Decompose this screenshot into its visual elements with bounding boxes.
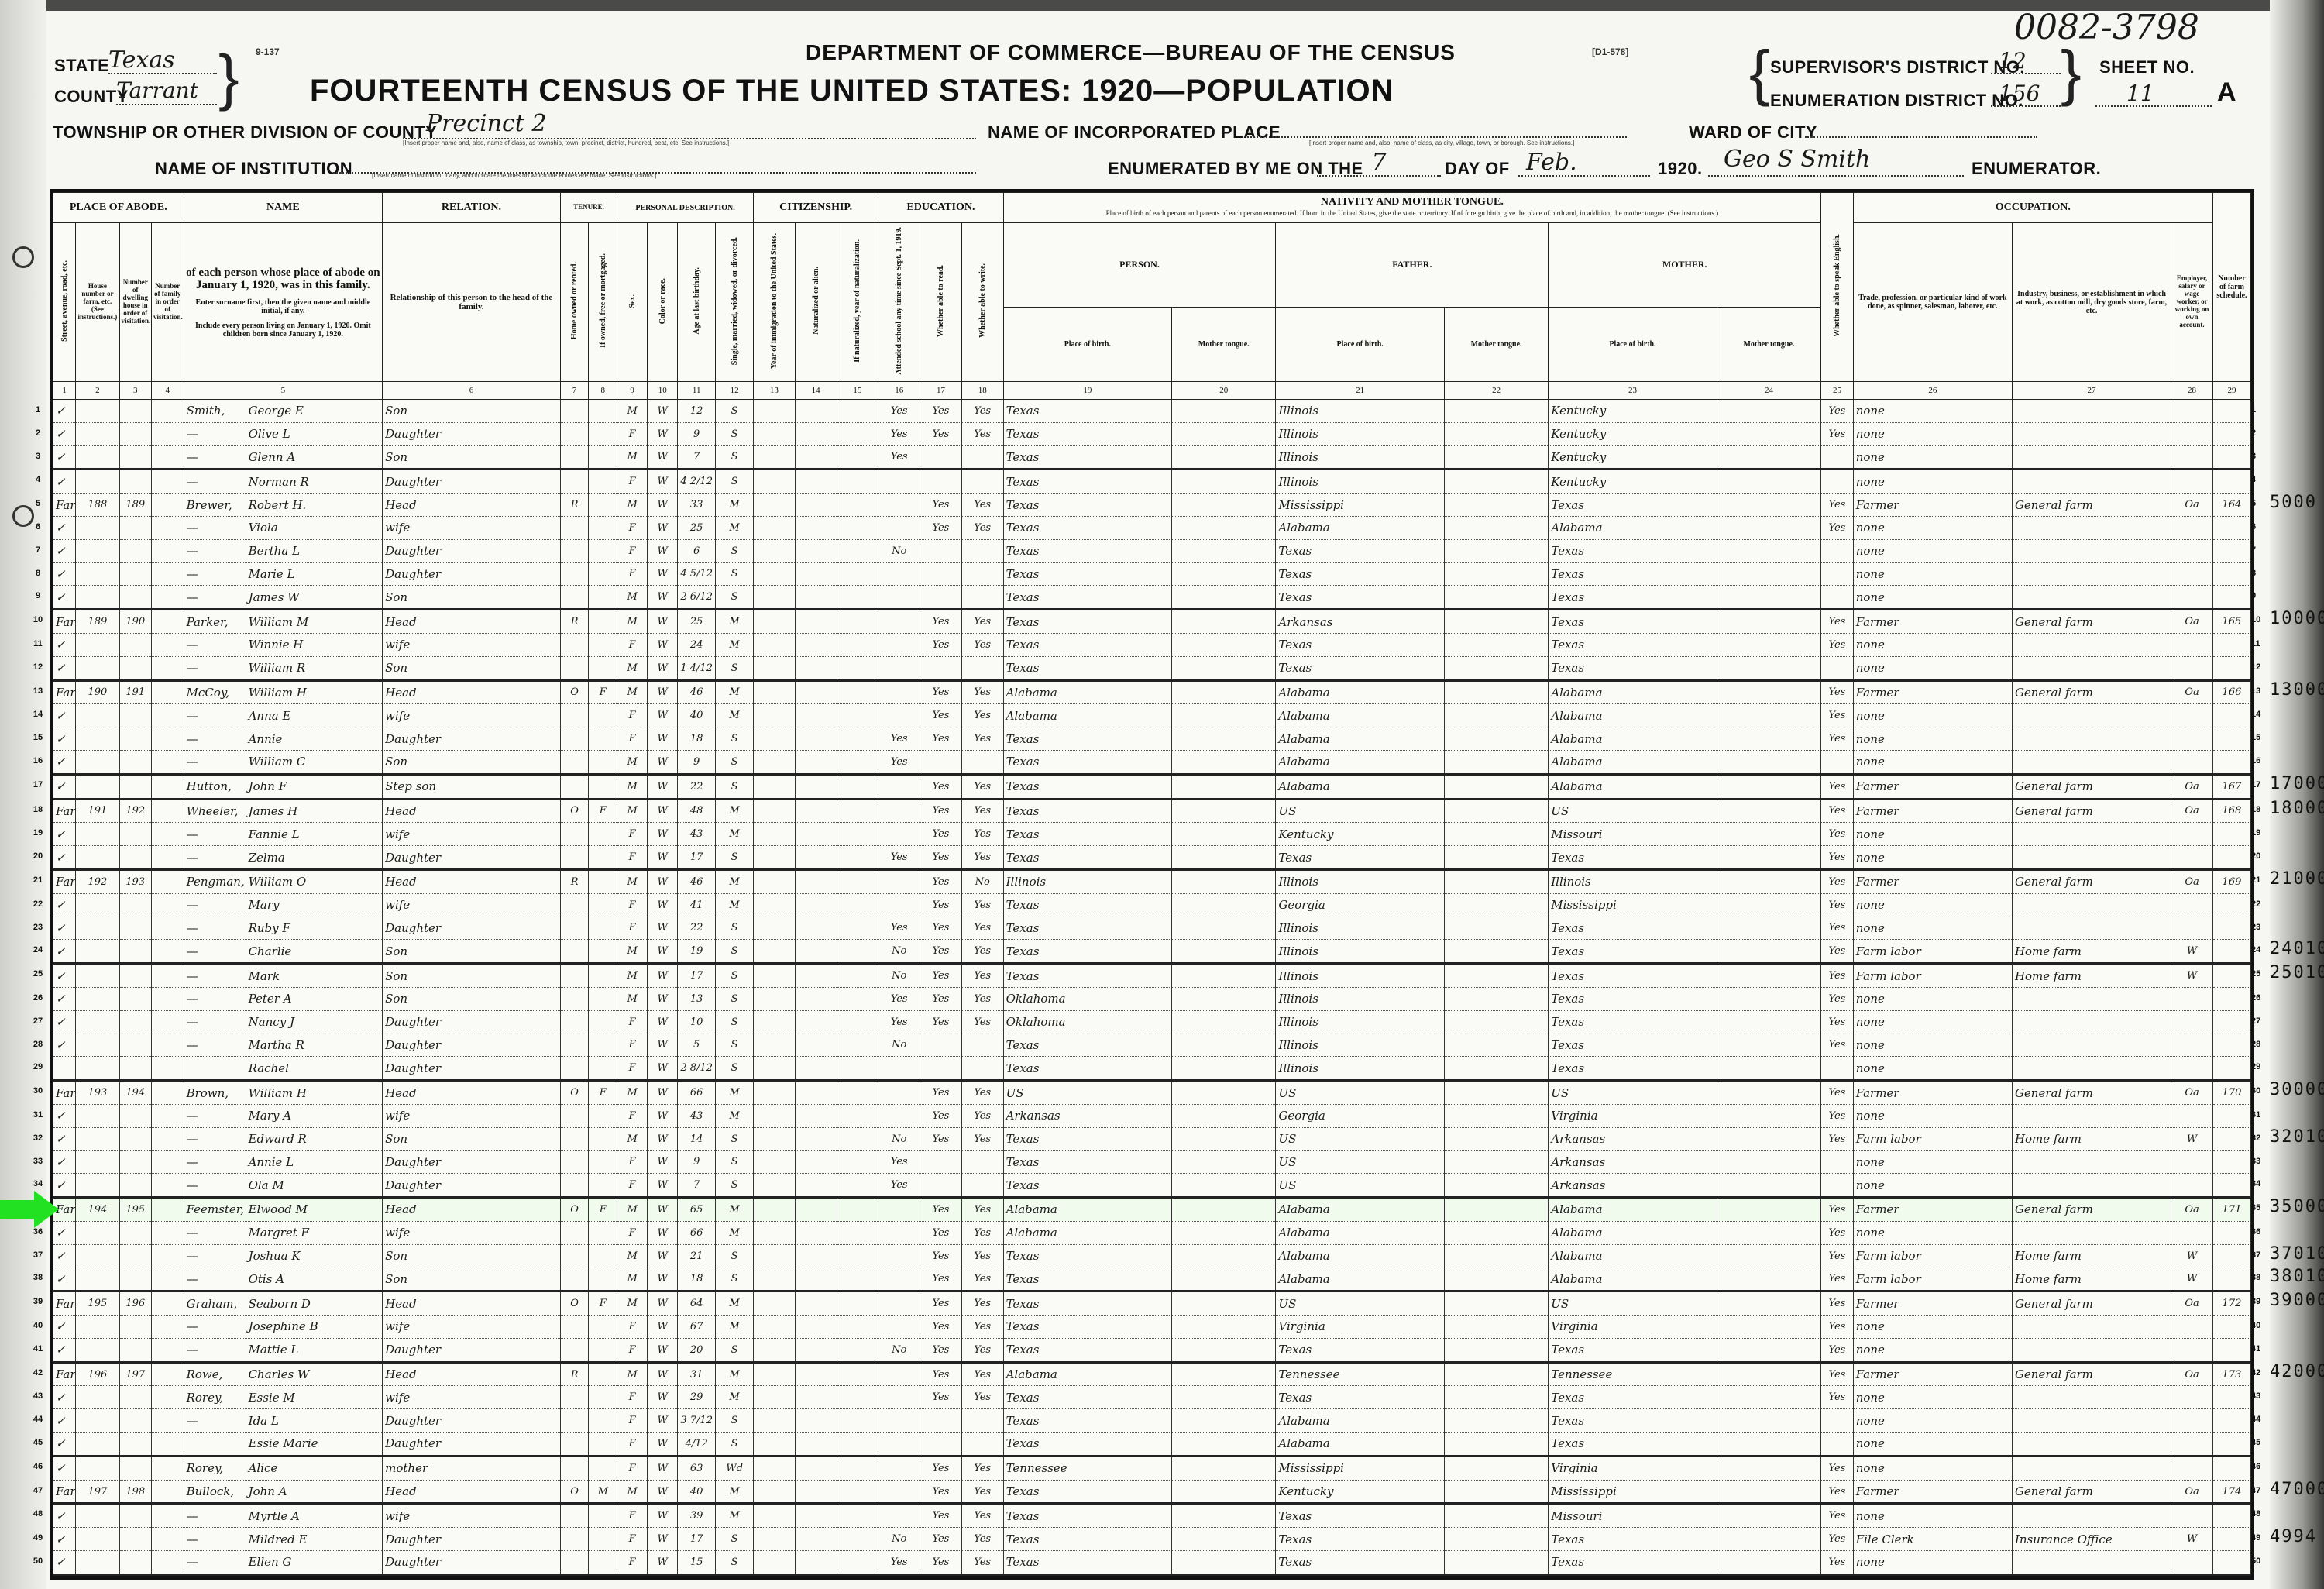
cell-dwelling [119,1528,152,1551]
cell-tongue [1172,1409,1276,1433]
line-number: 8 [2251,569,2268,578]
cell-dwelling [119,562,152,586]
cell-family [152,1338,184,1362]
cell-write: Yes [961,1316,1003,1339]
group-header-personal: PERSONAL DESCRIPTION. [617,193,754,223]
nativity-title: NATIVITY AND MOTHER TONGUE. [1006,196,1820,208]
cell-emp: Oa [2171,1480,2213,1504]
cell-age: 40 [678,704,716,727]
cell-write: Yes [961,1291,1003,1316]
cell-m-tongue [1717,940,1820,964]
cell-read: Yes [920,1528,962,1551]
census-row: ✓—Martha RDaughterFW5SNoTexasIllinoisTex… [53,1034,2251,1057]
line-number: 1 [2251,405,2268,414]
cell-trade: none [1853,422,2012,445]
cell-write: Yes [961,917,1003,940]
cell-owned [560,1174,589,1198]
cell-farm [2212,1127,2250,1150]
cell-age: 18 [678,1267,716,1291]
cell-house [76,1456,119,1480]
cell-emp [2171,445,2213,469]
cell-tongue [1172,633,1276,656]
cell-tongue [1172,1338,1276,1362]
cell-nat [795,562,837,586]
cell-street: ✓ [53,1504,76,1528]
cell-tongue [1172,1456,1276,1480]
cell-name: —Martha R [184,1034,383,1057]
cell-sex: M [617,869,648,893]
column-number: 5 [184,382,383,400]
cell-sex: F [617,1150,648,1174]
cell-owned [560,1010,589,1034]
cell-mortgage [589,539,617,562]
cell-surname: — [187,1109,249,1123]
cell-m-tongue [1717,1528,1820,1551]
cell-industry [2012,469,2171,494]
cell-street: ✓ [53,656,76,680]
cell-school: Yes [878,400,920,423]
cell-imm [754,846,796,870]
cell-trade: Farmer [1853,1198,2012,1222]
cell-relation: wife [383,1316,561,1339]
margin-code: 24010 [2270,939,2324,958]
line-number: 4 [2251,475,2268,484]
column-number: 28 [2171,382,2213,400]
cell-nat [795,727,837,751]
column-number: 1 [53,382,76,400]
line-number: 33 [31,1157,45,1166]
cell-marital: M [716,1480,754,1504]
enumerator-label: ENUMERATOR. [1972,159,2101,179]
cell-emp [2171,1456,2213,1480]
cell-english [1821,656,1854,680]
cell-farm: 166 [2212,680,2250,704]
cell-english: Yes [1821,516,1854,539]
census-row: ✓Smith,George ESonMW12SYesYesYesTexasIll… [53,400,2251,423]
cell-m-birth: Texas [1549,656,1717,680]
enumeration-district-value: 156 [1991,81,2040,106]
cell-birth: Texas [1003,1433,1171,1457]
cell-m-tongue [1717,1480,1820,1504]
cell-natyr [837,562,878,586]
cell-emp [2171,400,2213,423]
cell-school [878,469,920,494]
cell-m-birth: Missouri [1549,823,1717,846]
cell-tongue [1172,400,1276,423]
cell-f-tongue [1444,1198,1548,1222]
cell-nat [795,869,837,893]
cell-race: W [648,823,678,846]
cell-given-name: James H [249,804,298,818]
cell-m-birth: Texas [1549,1057,1717,1081]
cell-read: Yes [920,1244,962,1267]
cell-birth: Texas [1003,799,1171,823]
cell-write: Yes [961,704,1003,727]
cell-marital: M [716,1104,754,1127]
line-number: 14 [2251,710,2268,719]
cell-school [878,1057,920,1081]
cell-mortgage [589,422,617,445]
cell-emp [2171,1386,2213,1409]
cell-surname: Feemster, [187,1202,249,1216]
cell-mortgage [589,469,617,494]
census-rows: ✓Smith,George ESonMW12SYesYesYesTexasIll… [53,400,2251,1575]
cell-name: —Mattie L [184,1338,383,1362]
cell-mortgage [589,987,617,1010]
cell-natyr [837,1362,878,1386]
cell-industry [2012,1338,2171,1362]
cell-nat [795,1010,837,1034]
cell-race: W [648,846,678,870]
cell-nat [795,656,837,680]
cell-read: Yes [920,1338,962,1362]
cell-name: —Fannie L [184,823,383,846]
cell-imm [754,1480,796,1504]
margin-code: 4994 [2270,1527,2317,1546]
cell-f-tongue [1444,1338,1548,1362]
cell-owned [560,400,589,423]
cell-imm [754,1504,796,1528]
cell-family [152,1127,184,1150]
cell-race: W [648,1433,678,1457]
cell-farm [2212,846,2250,870]
cell-given-name: Myrtle A [249,1509,300,1523]
cell-industry [2012,586,2171,610]
cell-english: Yes [1821,422,1854,445]
column-number: 20 [1172,382,1276,400]
cell-birth: Texas [1003,774,1171,799]
cell-dwelling [119,1127,152,1150]
line-number: 18 [31,805,45,814]
line-number: 19 [31,828,45,837]
cell-birth: Texas [1003,1244,1171,1267]
cell-trade: none [1853,727,2012,751]
cell-street: Farm [53,1291,76,1316]
cell-m-birth: Texas [1549,610,1717,634]
cell-farm: 167 [2212,774,2250,799]
cell-sex: F [617,633,648,656]
cell-street: ✓ [53,987,76,1010]
cell-street: ✓ [53,539,76,562]
cell-industry [2012,917,2171,940]
cell-birth: Illinois [1003,869,1171,893]
cell-industry [2012,727,2171,751]
header-c12: Single, married, widowed, or divorced. [716,223,754,382]
cell-farm [2212,987,2250,1010]
cell-owned [560,1221,589,1244]
cell-given-name: Nancy J [249,1015,294,1029]
cell-read [920,1150,962,1174]
cell-birth: Texas [1003,1174,1171,1198]
cell-emp [2171,1150,2213,1174]
cell-mortgage [589,1010,617,1034]
line-number: 6 [2251,522,2268,531]
cell-race: W [648,1174,678,1198]
cell-farm [2212,1338,2250,1362]
cell-birth: Texas [1003,1551,1171,1575]
census-row: ✓—Marie LDaughterFW4 5/12STexasTexasTexa… [53,562,2251,586]
column-number: 8 [589,382,617,400]
cell-school: No [878,1338,920,1362]
cell-surname: Wheeler, [187,804,249,818]
line-number: 31 [2251,1110,2268,1120]
cell-house: 197 [76,1480,119,1504]
cell-surname: McCoy, [187,686,249,700]
cell-imm [754,987,796,1010]
cell-given-name: John F [249,779,287,793]
cell-race: W [648,516,678,539]
cell-emp: W [2171,964,2213,988]
cell-marital: M [716,680,754,704]
cell-dwelling [119,964,152,988]
cell-nat [795,1081,837,1105]
cell-given-name: Rachel [249,1061,289,1075]
cell-f-tongue [1444,1174,1548,1198]
cell-imm [754,940,796,964]
cell-english: Yes [1821,1291,1854,1316]
cell-industry [2012,823,2171,846]
cell-school [878,586,920,610]
cell-mortgage [589,704,617,727]
cell-tongue [1172,1174,1276,1198]
cell-birth: Texas [1003,1480,1171,1504]
cell-given-name: Annie [249,732,283,746]
census-row: ✓—Ida LDaughterFW3 7/12STexasAlabamaTexa… [53,1409,2251,1433]
institution-label: NAME OF INSTITUTION [155,159,352,179]
cell-trade: Farmer [1853,610,2012,634]
cell-tongue [1172,893,1276,917]
cell-natyr [837,1127,878,1150]
line-number: 42 [31,1368,45,1377]
cell-sex: F [617,727,648,751]
cell-natyr [837,680,878,704]
cell-sex: M [617,1081,648,1105]
cell-natyr [837,964,878,988]
cell-owned [560,1316,589,1339]
cell-tongue [1172,750,1276,774]
header-c27: Industry, business, or establishment in … [2012,223,2171,382]
cell-imm [754,680,796,704]
cell-owned: O [560,1480,589,1504]
state-value: Texas [108,46,175,74]
cell-natyr [837,586,878,610]
cell-age: 1 4/12 [678,656,716,680]
line-number: 20 [2251,851,2268,861]
cell-imm [754,1010,796,1034]
cell-nat [795,1551,837,1575]
cell-m-birth: Alabama [1549,1198,1717,1222]
cell-owned [560,562,589,586]
cell-house [76,917,119,940]
cell-mortgage [589,1338,617,1362]
cell-read: Yes [920,1267,962,1291]
cell-f-birth: Texas [1276,586,1444,610]
cell-birth: Texas [1003,1150,1171,1174]
census-sheet: 9-137 DEPARTMENT OF COMMERCE—BUREAU OF T… [0,0,2324,1589]
cell-sex: F [617,823,648,846]
group-header-tenure: TENURE. [560,193,617,223]
cell-imm [754,400,796,423]
cell-school [878,494,920,517]
cell-race: W [648,1057,678,1081]
cell-marital: M [716,633,754,656]
cell-marital: S [716,1338,754,1362]
cell-race: W [648,1504,678,1528]
cell-m-tongue [1717,1433,1820,1457]
cell-house [76,1338,119,1362]
cell-race: W [648,1480,678,1504]
cell-street: ✓ [53,633,76,656]
cell-nat [795,1480,837,1504]
cell-farm [2212,1551,2250,1575]
cell-read: Yes [920,1127,962,1150]
census-row: ✓—Fannie LwifeFW43MYesYesTexasKentuckyMi… [53,823,2251,846]
supervisor-district-label: SUPERVISOR'S DISTRICT NO. [1770,57,2025,77]
cell-family [152,1150,184,1174]
cell-owned [560,964,589,988]
enumeration-district-field: 156 [1991,81,2061,107]
cell-m-tongue [1717,869,1820,893]
cell-street: ✓ [53,516,76,539]
cell-house [76,586,119,610]
cell-dwelling [119,1057,152,1081]
group-header-nativity: NATIVITY AND MOTHER TONGUE. Place of bir… [1003,193,1821,223]
cell-mortgage [589,610,617,634]
cell-f-tongue [1444,1362,1548,1386]
cell-name: —Mary A [184,1104,383,1127]
cell-mortgage [589,964,617,988]
cell-sex: M [617,1362,648,1386]
cell-owned [560,516,589,539]
cell-school [878,704,920,727]
cell-owned [560,1127,589,1150]
cell-m-birth: Alabama [1549,1221,1717,1244]
line-number: 37 [2251,1250,2268,1260]
cell-sex: F [617,1010,648,1034]
census-row: ✓—Winnie HwifeFW24MYesYesTexasTexasTexas… [53,633,2251,656]
cell-birth: Texas [1003,586,1171,610]
cell-dwelling [119,917,152,940]
cell-f-birth: Illinois [1276,987,1444,1010]
cell-street: ✓ [53,1010,76,1034]
cell-imm [754,1291,796,1316]
cell-marital: S [716,445,754,469]
line-number: 41 [31,1344,45,1353]
line-number: 44 [31,1415,45,1424]
cell-tongue [1172,1362,1276,1386]
cell-industry [2012,1010,2171,1034]
cell-relation: Head [383,799,561,823]
cell-m-birth: Mississippi [1549,893,1717,917]
cell-relation: wife [383,516,561,539]
cell-dwelling [119,940,152,964]
cell-m-tongue [1717,1291,1820,1316]
cell-m-tongue [1717,964,1820,988]
cell-school: Yes [878,917,920,940]
cell-birth: Texas [1003,633,1171,656]
cell-school [878,562,920,586]
incorporated-place-field [1247,116,1627,138]
margin-code: 32010 [2270,1127,2324,1147]
cell-m-tongue [1717,1267,1820,1291]
cell-farm: 174 [2212,1480,2250,1504]
cell-nat [795,1198,837,1222]
cell-f-birth: Mississippi [1276,1456,1444,1480]
cell-school [878,1104,920,1127]
cell-school: Yes [878,422,920,445]
cell-family [152,445,184,469]
header-c5-title: of each person whose place of abode on J… [186,267,381,292]
cell-write [961,750,1003,774]
cell-farm [2212,917,2250,940]
line-number: 48 [2251,1509,2268,1518]
cell-family [152,704,184,727]
cell-dwelling: 191 [119,680,152,704]
cell-m-birth: Illinois [1549,869,1717,893]
census-row: Farm197198Bullock,John AHeadOMMW40MYesYe… [53,1480,2251,1504]
cell-marital: S [716,1057,754,1081]
cell-given-name: Essie M [249,1391,295,1405]
margin-code: 37010 [2270,1244,2324,1264]
cell-f-tongue [1444,917,1548,940]
cell-f-tongue [1444,1480,1548,1504]
line-number: 22 [2251,899,2268,909]
cell-m-tongue [1717,1504,1820,1528]
cell-relation: Son [383,445,561,469]
cell-owned: R [560,1362,589,1386]
cell-surname: — [187,921,249,935]
township-label: TOWNSHIP OR OTHER DIVISION OF COUNTY [53,122,437,143]
cell-race: W [648,586,678,610]
header-c20: Mother tongue. [1172,308,1276,382]
cell-mortgage [589,1244,617,1267]
header-c13: Year of immigration to the United States… [754,223,796,382]
cell-f-birth: Alabama [1276,1267,1444,1291]
cell-house [76,1221,119,1244]
cell-write: Yes [961,633,1003,656]
column-number: 4 [152,382,184,400]
cell-industry [2012,893,2171,917]
line-number: 35 [2251,1203,2268,1212]
cell-nat [795,516,837,539]
cell-name: —William R [184,656,383,680]
cell-surname: — [187,1319,249,1333]
cell-marital: S [716,940,754,964]
cell-sex: M [617,774,648,799]
cell-m-birth: Texas [1549,1010,1717,1034]
cell-house [76,469,119,494]
cell-f-birth: Texas [1276,1551,1444,1575]
cell-m-birth: US [1549,1291,1717,1316]
census-row: ✓—MarkSonMW17SNoYesYesTexasIllinoisTexas… [53,964,2251,988]
cell-imm [754,1433,796,1457]
cell-imm [754,1057,796,1081]
cell-relation: Son [383,1244,561,1267]
cell-read: Yes [920,516,962,539]
cell-nat [795,1338,837,1362]
cell-english: Yes [1821,680,1854,704]
cell-f-tongue [1444,846,1548,870]
cell-surname: — [187,1532,249,1546]
cell-m-birth: Tennessee [1549,1362,1717,1386]
institution-field [333,155,976,174]
group-header-father: FATHER. [1276,223,1549,308]
cell-farm [2212,539,2250,562]
cell-natyr [837,1244,878,1267]
cell-race: W [648,1551,678,1575]
cell-sex: M [617,987,648,1010]
cell-m-birth: Texas [1549,1433,1717,1457]
